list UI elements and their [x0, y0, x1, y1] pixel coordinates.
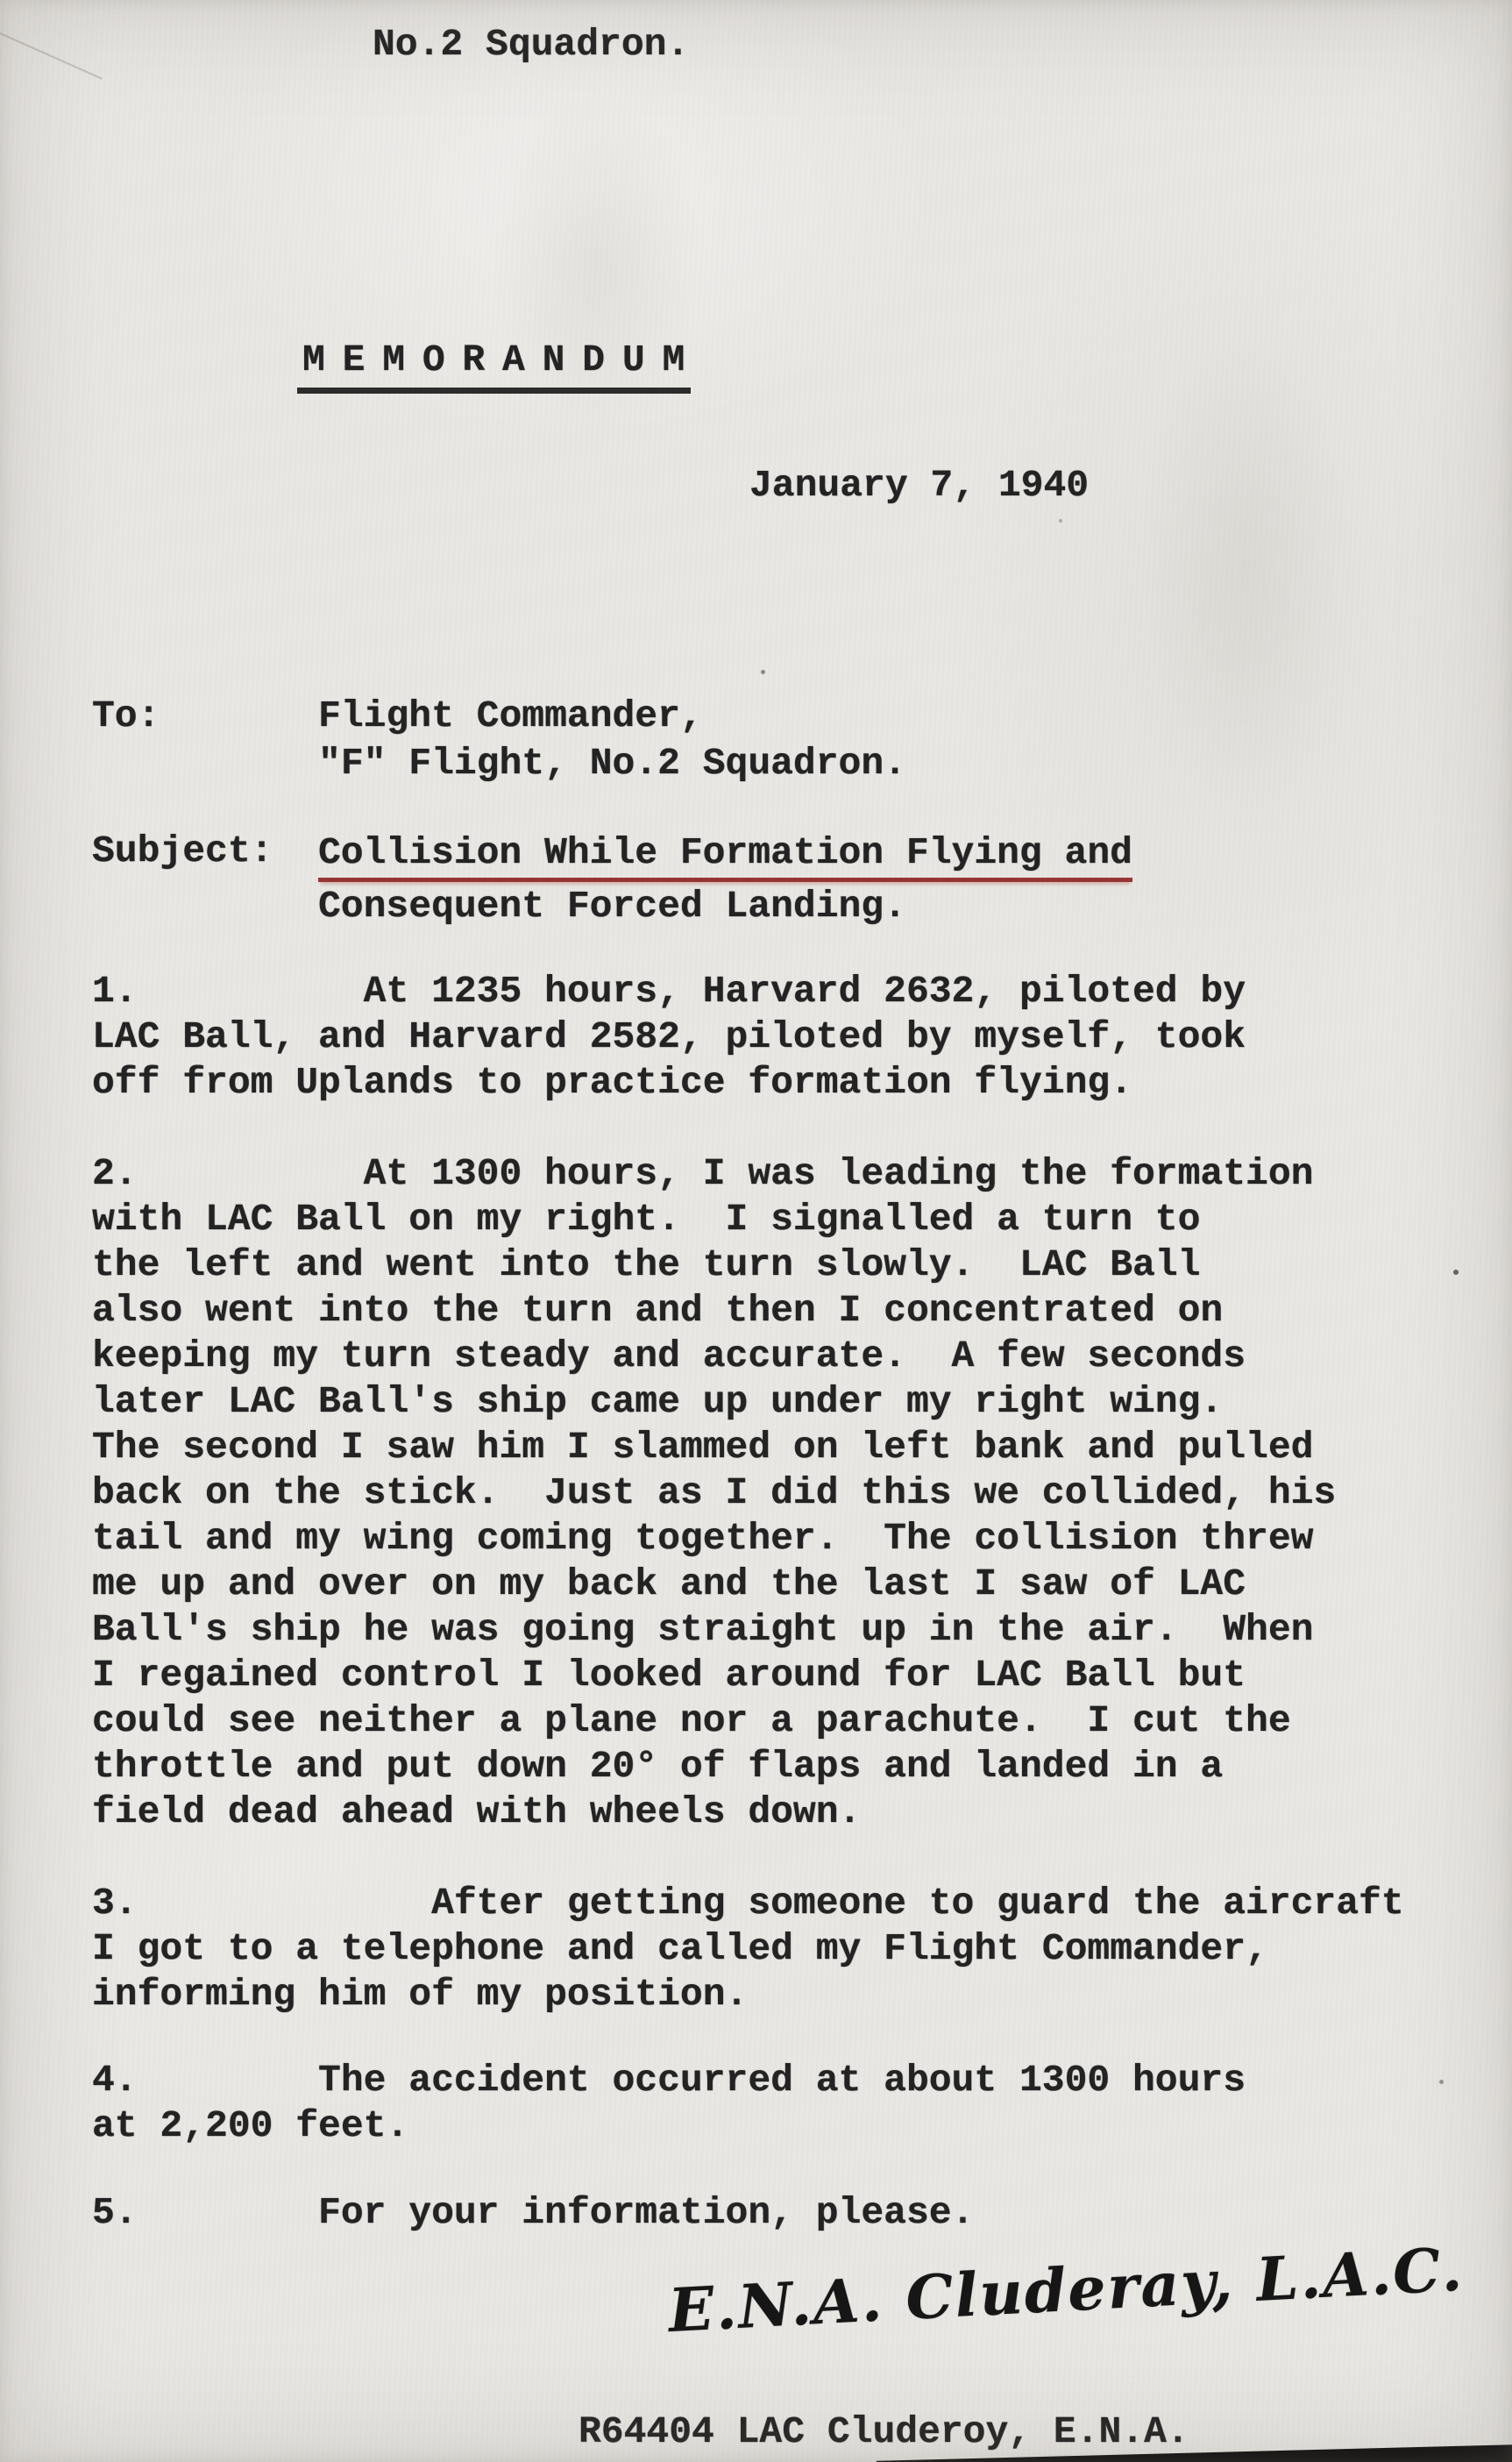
- paragraph-1: 1. At 1235 hours, Harvard 2632, piloted …: [92, 969, 1246, 1106]
- paragraph-5: 5. For your information, please.: [92, 2190, 974, 2236]
- subject-label: Subject:: [92, 829, 273, 874]
- memorandum-title: M E M O R A N D U M: [297, 338, 691, 394]
- date-line: January 7, 1940: [749, 463, 1089, 509]
- paper-bleedthrough-stain: [456, 35, 736, 491]
- subject-value: Collision While Formation Flying and Con…: [318, 829, 1132, 930]
- handwritten-signature: E.N.A. Cluderay, L.A.C.: [667, 2235, 1466, 2348]
- subject-line-2: Consequent Forced Landing.: [318, 885, 906, 928]
- paragraph-4: 4. The accident occurred at about 1300 h…: [92, 2058, 1246, 2149]
- paragraph-2: 2. At 1300 hours, I was leading the form…: [92, 1151, 1336, 1835]
- ink-speck: [1453, 1270, 1459, 1275]
- ink-speck: [761, 670, 765, 674]
- subject-line-1: Collision While Formation Flying and: [318, 829, 1132, 882]
- ink-speck: [1059, 519, 1062, 523]
- paragraph-3: 3. After getting someone to guard the ai…: [92, 1881, 1404, 2017]
- paper-crease: [0, 25, 103, 80]
- squadron-header: No.2 Squadron.: [373, 22, 689, 68]
- to-block: To: Flight Commander, "F" Flight, No.2 S…: [92, 693, 906, 787]
- typed-signature-line: R64404 LAC Cluderoy, E.N.A.: [579, 2409, 1189, 2455]
- memorandum-page: No.2 Squadron. M E M O R A N D U M Janua…: [0, 0, 1512, 2462]
- paper-bleedthrough-stain: [1104, 228, 1385, 894]
- ink-speck: [1439, 2080, 1444, 2084]
